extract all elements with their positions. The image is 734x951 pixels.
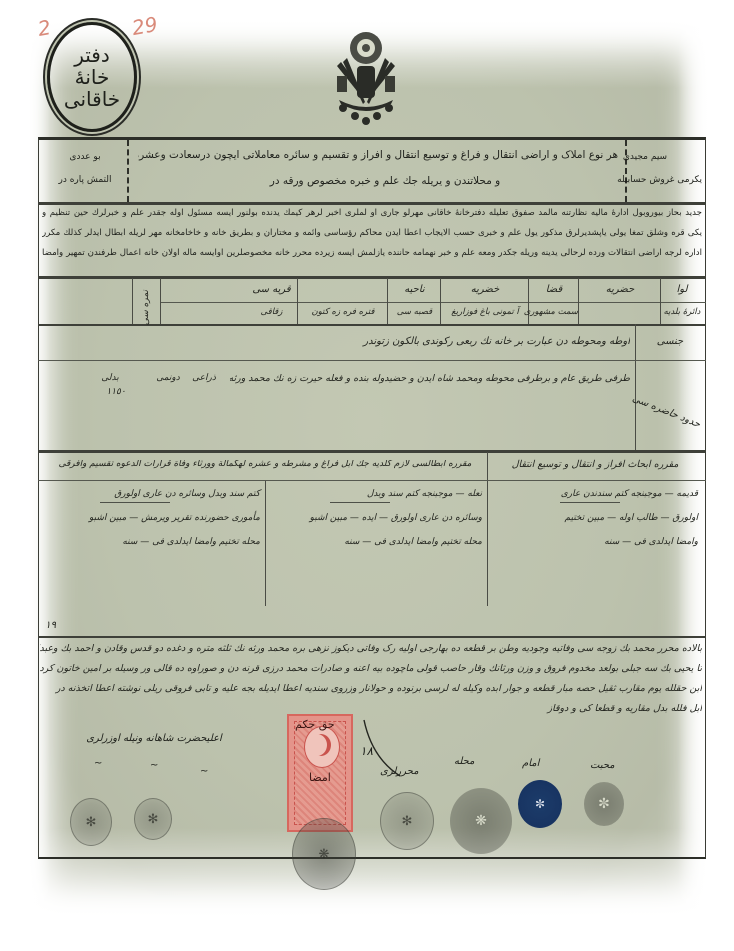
signature-label-muharrirleri: محررلری [380,766,419,777]
value-kasaba: قصبه سی [389,308,440,317]
value-location: آ تمونی باغ فوزاریغ [442,308,528,317]
preamble-line-3: اداره لرجه اراضی انتقالات ورده لرحالی ید… [42,246,702,262]
signature-left-note: اعلیحضرت شاهانه ونیله اوزرلری [74,733,234,744]
label-numara-vertical: نمره سی [142,290,152,320]
lower-header-rule [38,480,706,481]
hudud-bedel-label: بدلی [90,374,130,384]
seal-impression-icon: ❋ [292,818,356,890]
fill-line [100,502,170,503]
value-zukak: زقاقی [248,308,295,317]
property-table-bottom-rule [38,324,706,326]
note-line-3: ابن حقلله یوم مقارب ثقیل حصه مبار قطعه و… [40,684,702,694]
lower-divider-right [487,452,488,606]
margin-mark: ١٩ [36,620,56,631]
col-right-line1: قدیمه — موجبنجه کتم سندندن عاری [492,490,698,500]
col-right-line3: وامضا ایدلدی فی — سنه [492,538,698,548]
hudud-bottom-rule [38,450,706,453]
lower-header-center: مقرره ابطالسی لازم گلدیه جك ابل فراغ و م… [50,460,480,470]
preamble-line-2: یکی قره وشلق تمغا یولی یاپشدیرلرق مذکور … [42,226,702,242]
label-cinsi: جنسی [640,336,700,347]
col-divider [132,278,133,324]
lower-header-right: مقرره ابحاث افراز و انتقال و توسیع انتقا… [492,460,698,470]
col-divider [440,278,441,324]
col-center-line2: وسائره دن عاری اولورق — ایده — مبین اشبو [270,514,482,524]
col-divider [578,278,579,324]
seal-impression-icon: ✻ [380,792,434,850]
col-right-line2: اولورق — طالب اوله — مبین تختیم [492,514,698,524]
cins-label-divider [635,324,636,450]
header-left-line2: التمش پاره در [52,176,118,186]
header-divider-right [625,140,627,202]
blue-seal-icon: ✼ [518,780,562,828]
col-divider [387,278,388,324]
col-center-line1: نعله — موجبنجه کتم سند وبدل [270,490,482,500]
hudud-mark-donum: دونمی [150,374,186,384]
note-line-4: ابل فلله بدل مقاریه و قطعا کی و دوقاز [420,704,702,714]
label-nahiye: ناحیه [389,284,440,295]
ottoman-coat-of-arms-icon [333,22,399,128]
header-title-line1: هر نوع املاک و اراضی انتقال و فراغ و توس… [138,150,618,162]
label-hazariye-2: خضریه [442,284,528,295]
signature-label-muhtar: محبت [590,760,615,771]
signature-label-imam: امام [522,758,539,769]
signature-label-mahalle: محله [454,756,474,767]
col-left-line1: کتم سند وبدل وسائره دن عاری اولورق [42,490,260,500]
seal-impression-icon: ✻ [70,798,112,846]
col-divider [660,278,661,324]
header-right-line1: سیم مجیدی [610,153,680,163]
property-row-divider [160,302,706,303]
signature-tick: ~ [94,758,102,769]
header-left-line1: بو عددی [52,153,118,163]
value-semt: سمت مشهوری [530,308,578,317]
value-hudud: طرفی طریق عام و برطرفی محوطه ومحمد شاه آ… [230,374,630,384]
value-cinsi: اوطه ومحوطه دن عبارت بر خانه نك ربعی رکو… [300,336,630,347]
stamp-cancel-text-2: امضا [309,771,331,784]
lower-divider-left [265,480,266,606]
label-daire-belediye: دائرهٔ بلدیه [662,308,702,317]
lower-bottom-rule [38,636,706,638]
cins-bottom-rule [38,360,706,361]
col-left-line2: مأموری حضورنده تقریر ویرمش — مبین اشبو [42,514,260,524]
signature-tick: ~ [150,760,158,771]
col-center-line3: محله تختیم وامضا ایدلدی فی — سنه [270,538,482,548]
revenue-stamp-icon: حق حکم امضا [287,714,353,832]
label-hazariye: حضریه [580,284,660,295]
fill-line [330,502,390,503]
signature-tick: ~ [200,766,208,777]
header-bottom-rule [38,202,706,205]
defterhane-seal-icon: دفتر خانهٔ خاقانی [47,22,137,132]
header-divider-left [127,140,129,202]
seal-impression-icon: ❋ [450,788,512,854]
note-line-2: تا یحیی بك سه جبلی بولعد مخدوم فروق و وز… [40,664,702,674]
label-liva: لوا [662,284,702,295]
preamble-line-1: جدید بحاز بیوروبول ادارهٔ مالیه نظارتنه … [42,206,702,222]
header-right-line2: یکرمی غروش حسابیله [626,176,702,186]
hudud-mark-zira: ذراعی [186,374,222,384]
seal-text: دفتر خانهٔ خاقانی [62,44,122,110]
stamp-cancel-text: حق حکم [295,718,335,731]
col-divider [297,278,298,324]
label-kaza: قضا [530,284,578,295]
fill-line [560,502,620,503]
hudud-number: ١١٥٠ [96,388,136,398]
note-line-1: بالاده محرر محمد بك زوجه سی وفاتیه وجودی… [40,644,702,654]
preamble-bottom-rule [38,276,706,279]
col-left-line3: محله تختیم وامضا ایدلدی فی — سنه [42,538,260,548]
seal-impression-icon: ✻ [134,798,172,840]
col-divider [160,278,161,324]
seal-impression-icon: ✼ [584,782,624,826]
red-pencil-number: 29 [130,12,159,40]
label-karyesi: قریه سی [248,284,295,295]
header-title-line2: و محلاتندن و یریله جك علم و خبره مخصوص و… [240,176,530,188]
value-street: قتره فره زه کتون [300,308,386,317]
col-divider [528,278,529,324]
